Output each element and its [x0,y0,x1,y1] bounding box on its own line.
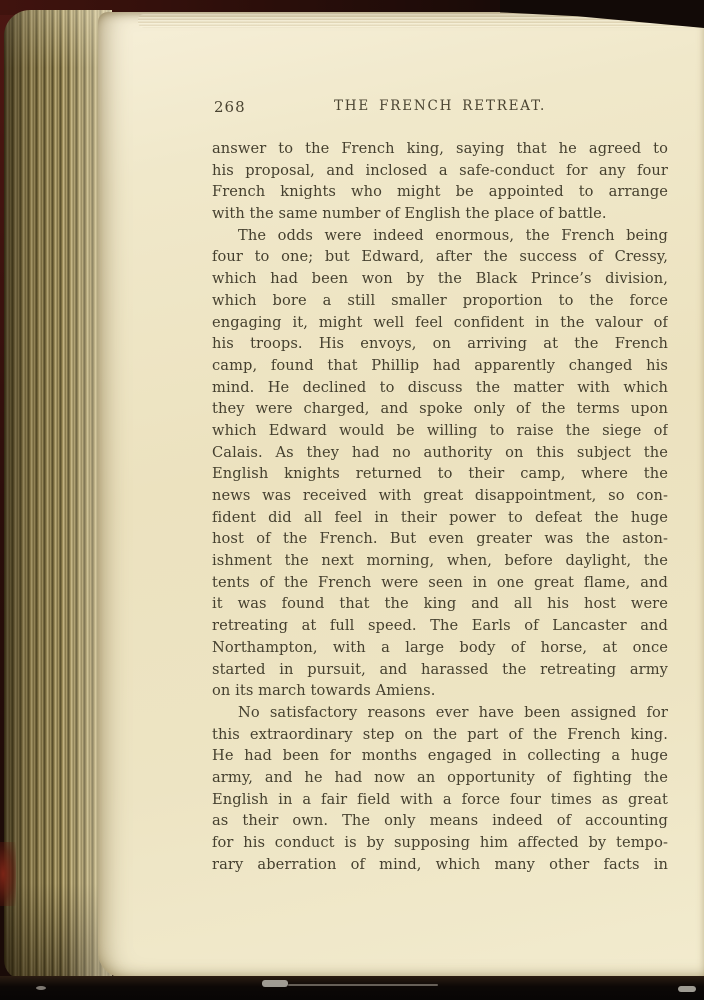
text-line: army, and he had now an opportunity of f… [212,767,668,789]
reflection-dot [36,986,46,990]
text-line: answer to the French king, saying that h… [212,138,668,160]
text-line: they were charged, and spoke only of the… [212,398,668,420]
text-line: this extraordinary step on the part of t… [212,724,668,746]
running-header-title: THE FRENCH RETREAT. [212,98,668,114]
text-line: Calais. As they had no authority on this… [212,442,668,464]
text-line: French knights who might be appointed to… [212,181,668,203]
running-header: 268 THE FRENCH RETREAT. [212,98,668,120]
text-line: his troops. His envoys, on arriving at t… [212,333,668,355]
reflection-highlight [262,980,288,987]
text-line: Northampton, with a large body of horse,… [212,637,668,659]
text-line: started in pursuit, and harassed the ret… [212,659,668,681]
table-surface-bottom [0,976,704,1000]
book-page: 268 THE FRENCH RETREAT. answer to the Fr… [98,12,704,978]
book-photo: 268 THE FRENCH RETREAT. answer to the Fr… [0,0,704,1000]
text-line: engaging it, might well feel confident i… [212,312,668,334]
body-text: answer to the French king, saying that h… [212,138,668,875]
page-number: 268 [214,98,246,116]
text-line: fident did all feel in their power to de… [212,507,668,529]
text-line: as their own. The only means indeed of a… [212,810,668,832]
text-line: English in a fair field with a force fou… [212,789,668,811]
text-line: news was received with great disappointm… [212,485,668,507]
text-line: tents of the French were seen in one gre… [212,572,668,594]
text-line: it was found that the king and all his h… [212,593,668,615]
text-line: with the same number of English the plac… [212,203,668,225]
reflection-line [288,984,438,986]
text-line: four to one; but Edward, after the succe… [212,246,668,268]
text-line: retreating at full speed. The Earls of L… [212,615,668,637]
page-content: 268 THE FRENCH RETREAT. answer to the Fr… [98,12,704,978]
text-line: on its march towards Amiens. [212,680,668,702]
reflection-highlight [678,986,696,992]
text-line: ishment the next morning, when, before d… [212,550,668,572]
text-line: camp, found that Phillip had apparently … [212,355,668,377]
text-line: host of the French. But even greater was… [212,528,668,550]
text-line: which bore a still smaller proportion to… [212,290,668,312]
text-line: mind. He declined to discuss the matter … [212,377,668,399]
text-line: which had been won by the Black Prince’s… [212,268,668,290]
text-line: No satisfactory reasons ever have been a… [212,702,668,724]
text-line: He had been for months engaged in collec… [212,745,668,767]
text-line: for his conduct is by supposing him affe… [212,832,668,854]
text-line: his proposal, and inclosed a safe-conduc… [212,160,668,182]
text-line: rary aberration of mind, which many othe… [212,854,668,876]
text-line: which Edward would be willing to raise t… [212,420,668,442]
cover-glint [0,842,16,906]
text-line: The odds were indeed enormous, the Frenc… [212,225,668,247]
page-stack-fore-edge [4,10,112,980]
text-line: English knights returned to their camp, … [212,463,668,485]
